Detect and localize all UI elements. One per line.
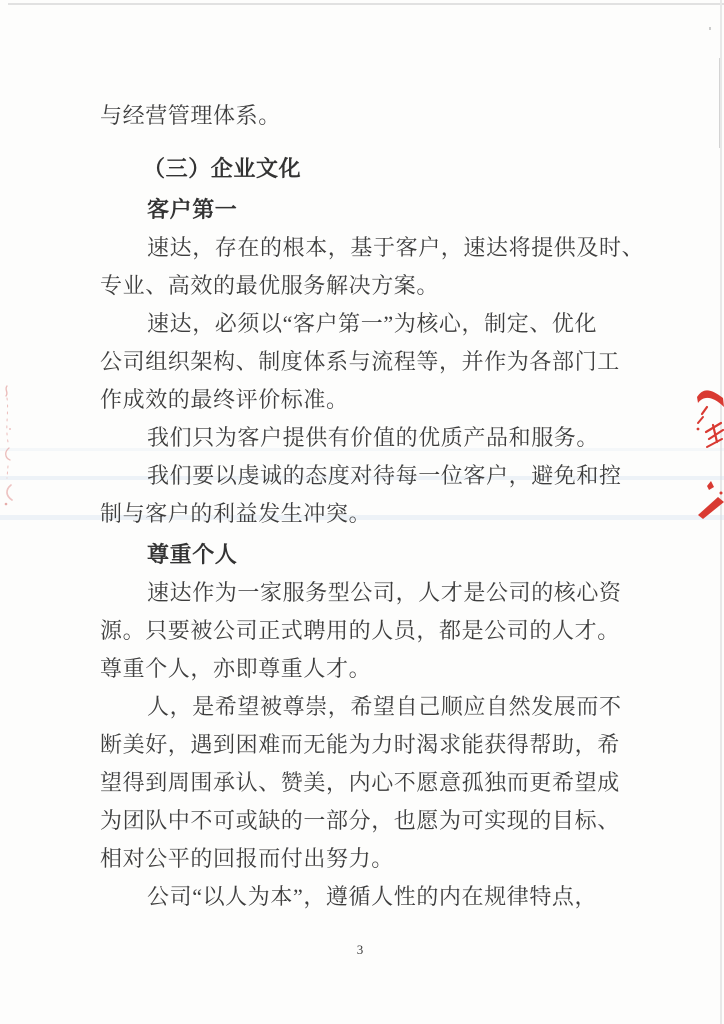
red-seal-fragment-right-upper xyxy=(694,383,724,453)
text-line: 作成效的最终评价标准。 xyxy=(100,381,660,419)
subsection-heading: 客户第一 xyxy=(100,191,660,229)
text-line: 望得到周围承认、赞美，内心不愿意孤独而更希望成 xyxy=(100,764,660,802)
text-line: 速达，必须以“客户第一”为核心，制定、优化 xyxy=(100,305,660,343)
text-line: 尊重个人，亦即尊重人才。 xyxy=(100,650,660,688)
text-line: 公司“以人为本”，遵循人性的内在规律特点， xyxy=(100,878,660,916)
text-line: 断美好，遇到困难而无能为力时渴求能获得帮助，希 xyxy=(100,726,660,764)
section-heading: （三）企业文化 xyxy=(100,150,660,188)
text-line: 与经营管理体系。 xyxy=(100,97,660,135)
document-page: 与经营管理体系。（三）企业文化客户第一速达，存在的根本，基于客户，速达将提供及时… xyxy=(0,0,724,1024)
text-line: 人，是希望被尊崇，希望自己顺应自然发展而不 xyxy=(100,688,660,726)
page-number: 3 xyxy=(0,942,720,958)
text-flow: 与经营管理体系。（三）企业文化客户第一速达，存在的根本，基于客户，速达将提供及时… xyxy=(100,97,660,916)
scan-edge-right-segment xyxy=(719,58,720,148)
text-line: 相对公平的回报而付出努力。 xyxy=(100,840,660,878)
text-line: 源。只要被公司正式聘用的人员，都是公司的人才。 xyxy=(100,612,660,650)
text-line: 制与客户的利益发生冲突。 xyxy=(100,495,660,533)
text-line: 专业、高效的最优服务解决方案。 xyxy=(100,267,660,305)
subsection-heading: 尊重个人 xyxy=(100,536,660,574)
text-line: 速达作为一家服务型公司，人才是公司的核心资 xyxy=(100,574,660,612)
scan-edge-top xyxy=(8,3,724,5)
text-line: 速达，存在的根本，基于客户，速达将提供及时、 xyxy=(100,229,660,267)
scan-dust-speck xyxy=(709,27,711,30)
text-line: 我们要以虔诚的态度对待每一位客户，避免和控 xyxy=(100,457,660,495)
text-line: 我们只为客户提供有价值的优质产品和服务。 xyxy=(100,419,660,457)
red-seal-fragment-right-lower xyxy=(698,477,724,519)
text-line: 为团队中不可或缺的一部分，也愿为可实现的目标、 xyxy=(100,802,660,840)
text-line: 公司组织架构、制度体系与流程等，并作为各部门工 xyxy=(100,343,660,381)
red-seal-fragment-left xyxy=(1,382,15,508)
